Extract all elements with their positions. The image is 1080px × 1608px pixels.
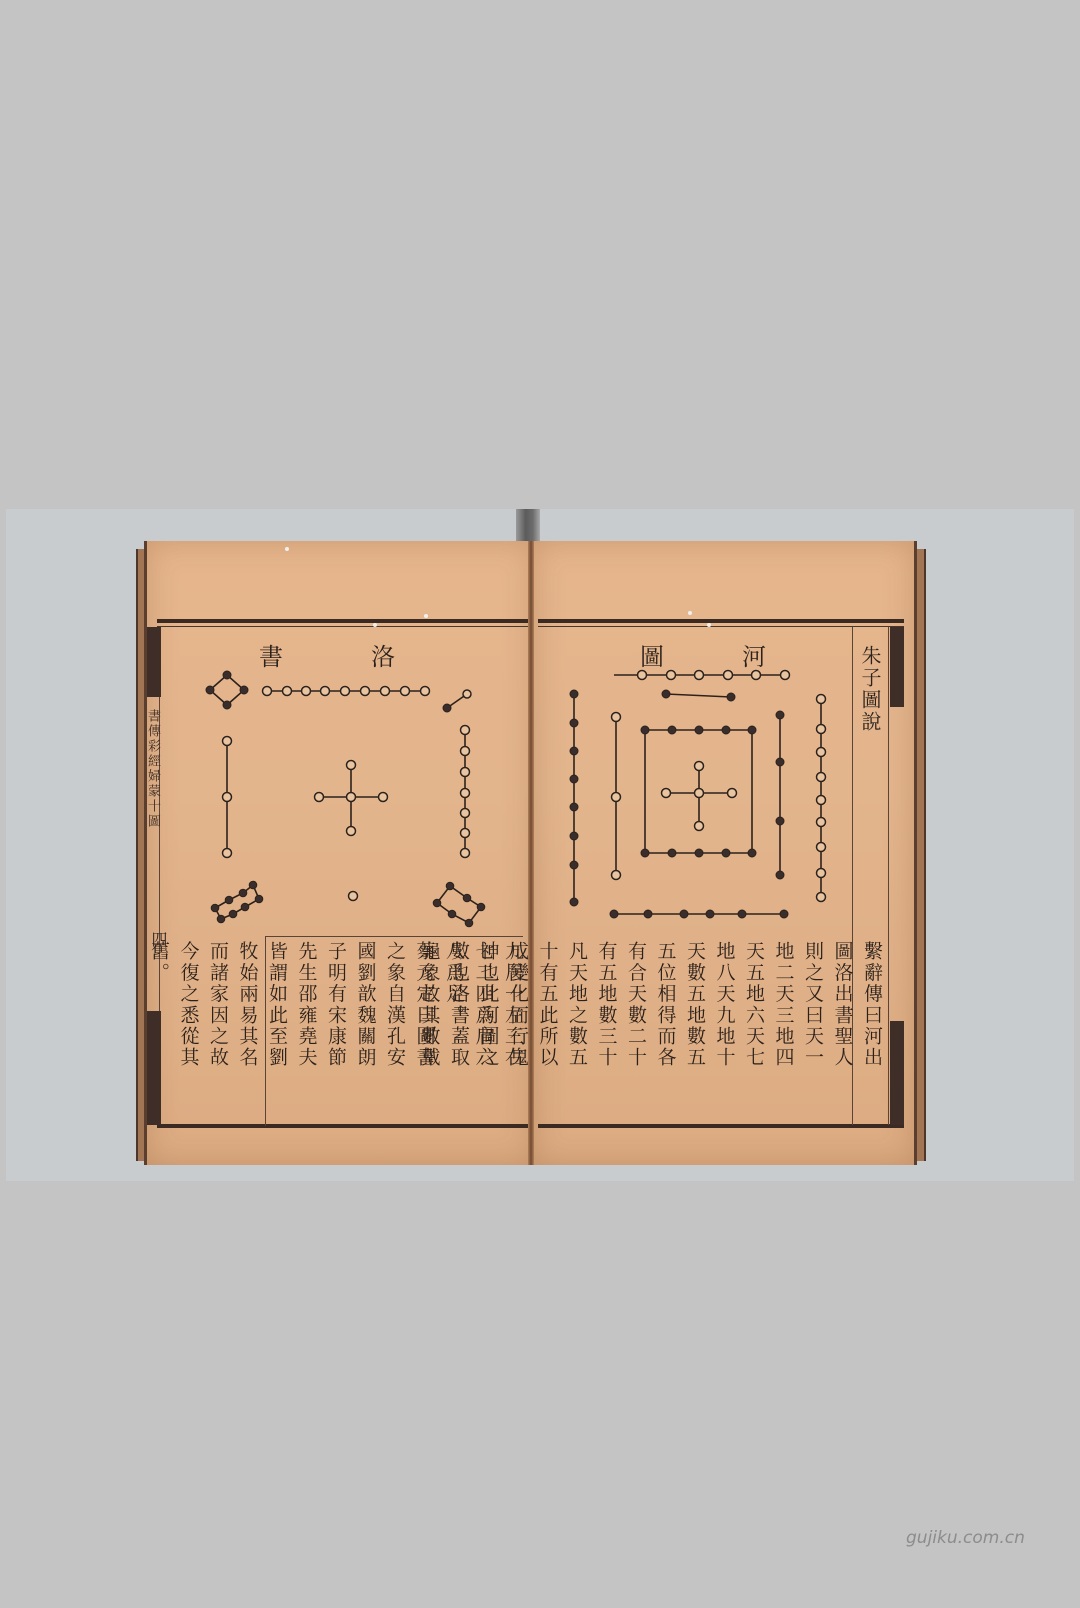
text-column: 舊。 xyxy=(144,941,174,1121)
text-column: 神也此河圖之 xyxy=(473,941,503,1121)
text-column: 有五地數三十 xyxy=(591,941,621,1121)
bottom-border-rule xyxy=(538,1124,904,1128)
text-column: 繫辭傳曰河出 xyxy=(857,941,887,1121)
text-column: 天五地六天七 xyxy=(739,941,769,1121)
fishtail-mark-bottom xyxy=(890,1021,904,1125)
hetu-diagram xyxy=(534,541,914,941)
text-column: 天數五地數五 xyxy=(680,941,710,1121)
text-column: 而諸家因之故 xyxy=(203,941,233,1121)
site-watermark: gujiku.com.cn xyxy=(906,1528,1025,1548)
text-column: 則之又曰天一 xyxy=(798,941,828,1121)
right-page-text: 繫辭傳曰河出 圖洛出書聖人 則之又曰天一 地二天三地四 天五地六天七 地八天九地… xyxy=(414,941,886,1121)
text-column: 有合天數二十 xyxy=(621,941,651,1121)
text-column: 先生邵雍堯夫 xyxy=(291,941,321,1121)
text-column: 地二天三地四 xyxy=(768,941,798,1121)
text-column: 今復之悉從其 xyxy=(173,941,203,1121)
text-column: 成變化而行鬼 xyxy=(503,941,533,1121)
bottom-border-rule xyxy=(157,1124,529,1128)
text-column: 皆謂如此至劉 xyxy=(262,941,292,1121)
luoshu-diagram xyxy=(147,541,533,941)
text-column: 凡天地之數五 xyxy=(562,941,592,1121)
text-column: 子明有宋康節 xyxy=(321,941,351,1121)
text-column: 數也洛書蓋取 xyxy=(444,941,474,1121)
open-book: 書傳彩經婦蒙十圖 四 洛 書 xyxy=(136,541,926,1165)
text-column: 地八天九地十 xyxy=(709,941,739,1121)
text-column: 五位相得而各 xyxy=(650,941,680,1121)
text-column: 之象自漢孔安 xyxy=(380,941,410,1121)
text-column: 圖洛出書聖人 xyxy=(827,941,857,1121)
text-column: 龜象故其數戴 xyxy=(414,941,444,1121)
right-page: 朱子圖說 河 圖 xyxy=(534,541,917,1165)
text-frame-top xyxy=(265,936,523,937)
text-column: 牧始兩易其名 xyxy=(232,941,262,1121)
text-column: 十有五此所以 xyxy=(532,941,562,1121)
text-column: 國劉歆魏關朗 xyxy=(350,941,380,1121)
